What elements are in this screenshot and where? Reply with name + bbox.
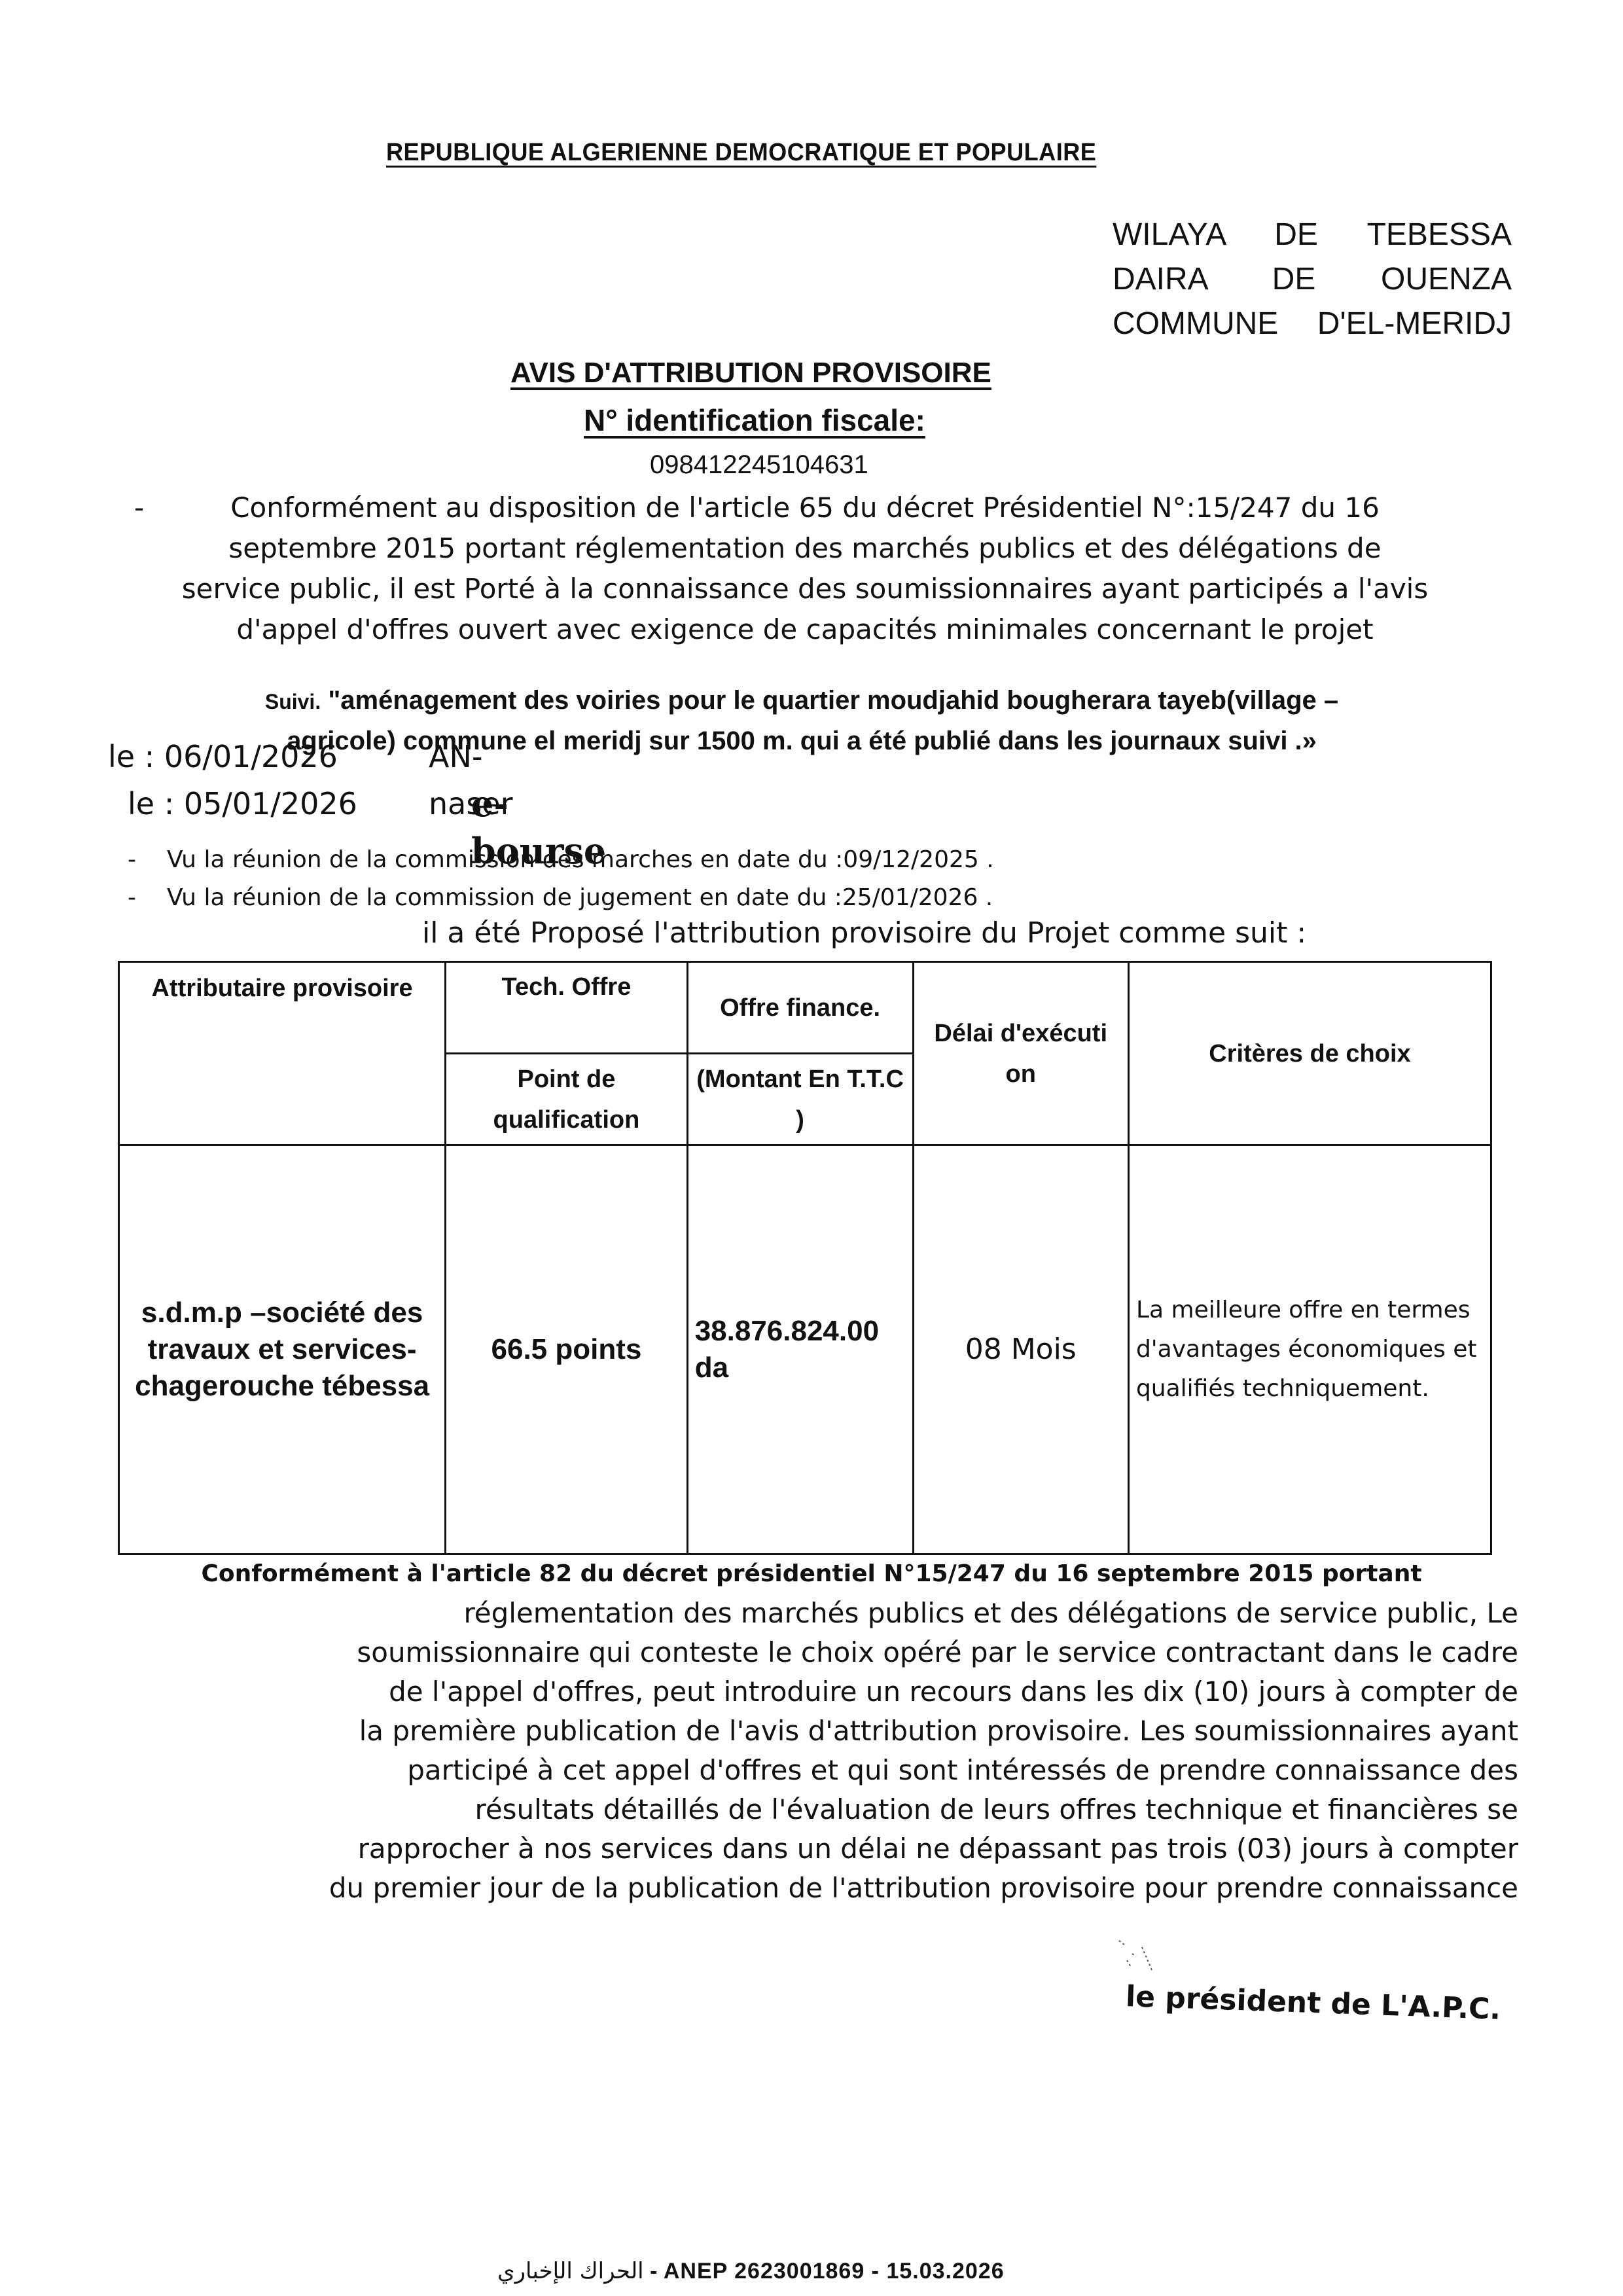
table-row: s.d.m.p –société des travaux et services… (119, 1145, 1491, 1554)
cell-montant: 38.876.824.00 da (687, 1145, 913, 1554)
commune-line: COMMUNE D'EL-MERIDJ (1113, 302, 1512, 346)
administrative-block: WILAYA DE TEBESSA DAIRA DE OUENZA COMMUN… (1113, 213, 1512, 346)
recourse-paragraph: Conformément à l'article 82 du décret pr… (105, 1554, 1518, 1908)
recourse-line: Conformément à l'article 82 du décret pr… (105, 1554, 1518, 1594)
intro-line: Conformément au disposition de l'article… (105, 488, 1505, 528)
meeting-item: Vu la réunion de la commission des march… (128, 841, 994, 879)
republic-heading: REPUBLIQUE ALGERIENNE DEMOCRATIQUE ET PO… (386, 139, 1096, 167)
header-delai: Délai d'exécuti on (913, 962, 1128, 1145)
publication-date: le : 05/01/2026 (128, 786, 357, 821)
recourse-line: soumissionnaire qui conteste le choix op… (105, 1633, 1518, 1672)
footer-arabic: الحراك الإخباري (497, 2258, 644, 2284)
intro-line: d'appel d'offres ouvert avec exigence de… (105, 609, 1505, 650)
signature-line: le président de L'A.P.C. (1125, 1980, 1501, 2026)
recourse-line: la première publication de l'avis d'attr… (105, 1712, 1518, 1751)
intro-line: septembre 2015 portant réglementation de… (105, 528, 1505, 569)
project-line: "aménagement des voiries pour le quartie… (328, 686, 1338, 715)
header-tech-offre: Tech. Offre (446, 962, 688, 1054)
cell-points: 66.5 points (446, 1145, 688, 1554)
cell-attributaire: s.d.m.p –société des travaux et services… (119, 1145, 446, 1554)
wilaya-line: WILAYA DE TEBESSA (1113, 213, 1512, 257)
header-criteres: Critères de choix (1128, 962, 1491, 1145)
header-attributaire: Attributaire provisoire (119, 962, 446, 1145)
publication-footer: الحراك الإخباري - ANEP 2623001869 - 15.0… (497, 2258, 1005, 2284)
nif-value: 098412245104631 (650, 450, 868, 480)
footer-reference: - ANEP 2623001869 - 15.03.2026 (650, 2259, 1005, 2284)
header-offre-finance: Offre finance. (687, 962, 913, 1054)
stamp-mark-icon (1113, 1934, 1165, 1980)
publication-item: le : 05/01/2026 e-bourse (118, 780, 357, 827)
publication-item: le : 06/01/2026 AN-naser (108, 733, 348, 780)
meetings-list: Vu la réunion de la commission des march… (128, 841, 994, 917)
table-header-row: Attributaire provisoire Tech. Offre Offr… (119, 962, 1491, 1054)
recourse-line: réglementation des marchés publics et de… (105, 1594, 1518, 1633)
cell-criteres: La meilleure offre en termes d'avantages… (1128, 1145, 1491, 1554)
cell-delai: 08 Mois (913, 1145, 1128, 1554)
recourse-line: rapprocher à nos services dans un délai … (105, 1829, 1518, 1869)
recourse-line: de l'appel d'offres, peut introduire un … (105, 1672, 1518, 1712)
proposal-heading: il a été Proposé l'attribution provisoir… (422, 916, 1306, 950)
project-prefix: Suivi. (265, 690, 321, 713)
recourse-line: résultats détaillés de l'évaluation de l… (105, 1790, 1518, 1829)
nif-label: N° identification fiscale: (584, 403, 925, 438)
publication-date: le : 06/01/2026 (108, 739, 338, 774)
bullet-marker: - (134, 488, 144, 528)
recourse-line: du premier jour de la publication de l'a… (105, 1869, 1518, 1908)
intro-line: service public, il est Porté à la connai… (105, 569, 1505, 609)
header-point-qualification: Point de qualification (446, 1054, 688, 1145)
attribution-table: Attributaire provisoire Tech. Offre Offr… (118, 961, 1492, 1555)
publications-list: le : 06/01/2026 AN-naser le : 05/01/2026… (108, 733, 348, 827)
daira-line: DAIRA DE OUENZA (1113, 257, 1512, 302)
meeting-item: Vu la réunion de la commission de jugeme… (128, 879, 994, 917)
notice-title: AVIS D'ATTRIBUTION PROVISOIRE (510, 357, 991, 389)
intro-paragraph: - Conformément au disposition de l'artic… (105, 488, 1505, 650)
recourse-line: participé à cet appel d'offres et qui so… (105, 1751, 1518, 1790)
header-montant: (Montant En T.T.C ) (687, 1054, 913, 1145)
